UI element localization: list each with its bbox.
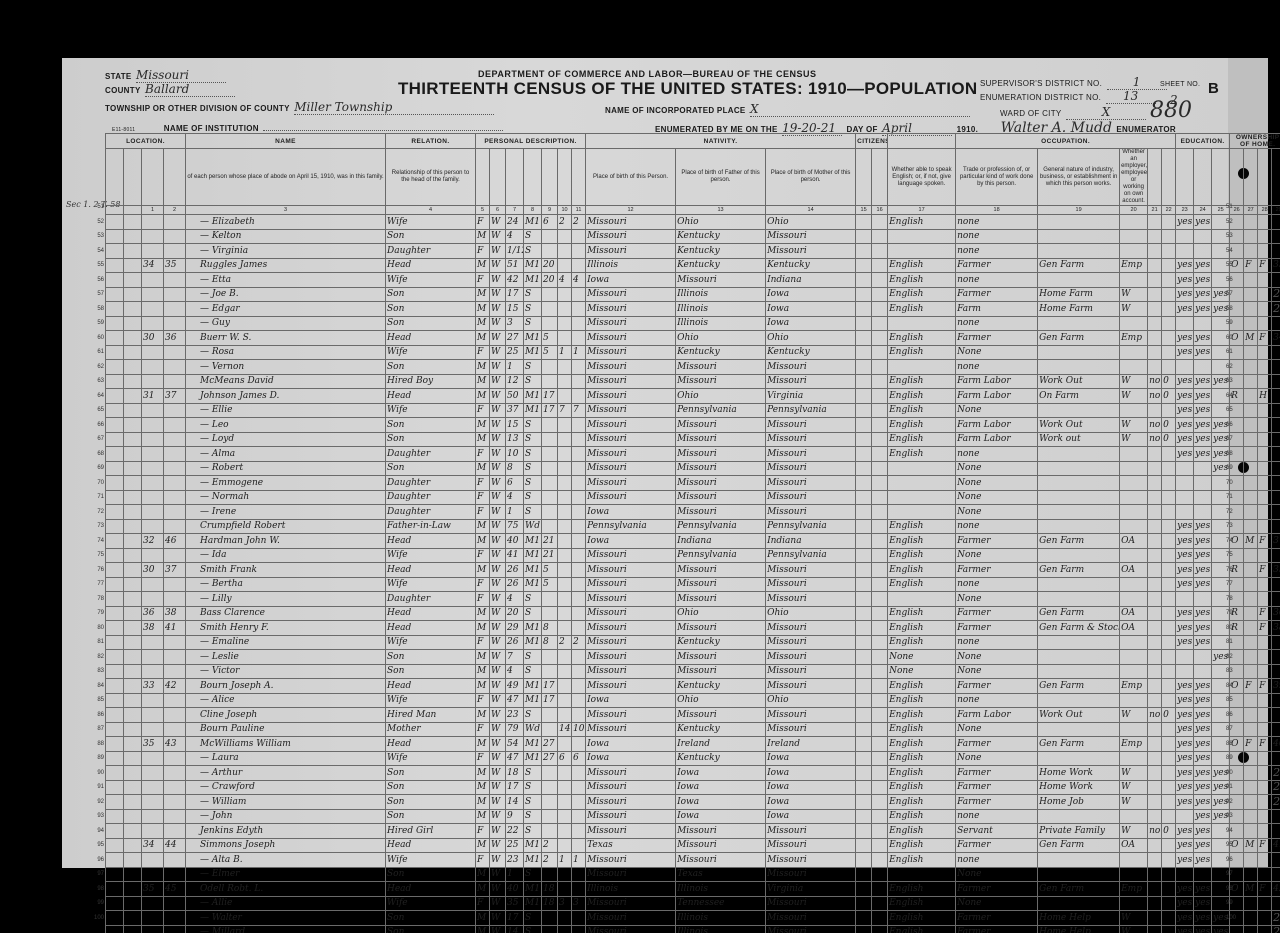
cell-house2 xyxy=(1258,215,1272,230)
cell-farm: 36 xyxy=(1272,606,1280,621)
cell-write xyxy=(1194,505,1212,520)
cell-bm: Missouri xyxy=(766,621,856,636)
cell-street xyxy=(106,331,124,346)
cell-sex: M xyxy=(476,563,490,578)
cell-house xyxy=(124,302,142,317)
cell-street xyxy=(106,273,124,288)
cell-imm xyxy=(856,360,872,375)
cell-write: yes xyxy=(1194,534,1212,549)
cell-fam xyxy=(164,751,186,766)
cell-rel: Wife xyxy=(386,403,476,418)
cell-fm xyxy=(1244,650,1258,665)
cell-bf: Missouri xyxy=(676,447,766,462)
cell-rel: Hired Girl xyxy=(386,824,476,839)
cell-bp: Missouri xyxy=(586,621,676,636)
group-name: NAME xyxy=(186,134,386,149)
cell-lang xyxy=(888,244,956,259)
census-row: — VictorSonMW4SMissouriMissouriMissouriN… xyxy=(106,664,1280,679)
cell-fm xyxy=(1244,432,1258,447)
cell-bm: Iowa xyxy=(766,766,856,781)
cell-name: — Alma xyxy=(186,447,386,462)
cell-lang: None xyxy=(888,650,956,665)
cell-ind: Work out xyxy=(1038,432,1120,447)
cell-name: — Guy xyxy=(186,316,386,331)
cell-emp: OA xyxy=(1120,563,1148,578)
cell-yrs: 18 xyxy=(542,896,558,911)
cell-sex: F xyxy=(476,751,490,766)
cell-sex: M xyxy=(476,432,490,447)
cell-house2 xyxy=(1258,403,1272,418)
cell-lang: English xyxy=(888,809,956,824)
cell-wks xyxy=(1162,867,1176,882)
cell-bm: Missouri xyxy=(766,476,856,491)
cell-yrs: 2 xyxy=(542,838,558,853)
line-number-right: 87 xyxy=(1226,726,1240,732)
cell-nat xyxy=(872,432,888,447)
cell-ms: S xyxy=(524,418,542,433)
line-number: 91 xyxy=(88,784,104,790)
cell-house xyxy=(124,882,142,897)
cell-read: yes xyxy=(1176,345,1194,360)
cell-yrs xyxy=(542,795,558,810)
cell-imm xyxy=(856,244,872,259)
cell-house xyxy=(124,215,142,230)
cell-house xyxy=(124,708,142,723)
cell-name: Buerr W. S. xyxy=(186,331,386,346)
cell-read: yes xyxy=(1176,577,1194,592)
cell-born xyxy=(558,331,572,346)
cell-rel: Son xyxy=(386,925,476,933)
cell-fm xyxy=(1244,853,1258,868)
cell-ms: S xyxy=(524,592,542,607)
cell-living xyxy=(572,882,586,897)
cell-dw xyxy=(142,708,164,723)
cell-bf: Missouri xyxy=(676,824,766,839)
line-number: 73 xyxy=(88,523,104,529)
cell-rel: Head xyxy=(386,331,476,346)
cell-living xyxy=(572,505,586,520)
cell-farm: 39 xyxy=(1272,679,1280,694)
cell-bm: Missouri xyxy=(766,432,856,447)
cell-race: W xyxy=(490,853,506,868)
cell-oow xyxy=(1148,345,1162,360)
cell-house xyxy=(124,577,142,592)
cell-imm xyxy=(856,664,872,679)
cell-born: 7 xyxy=(558,403,572,418)
cell-bf: Missouri xyxy=(676,708,766,723)
cell-fam xyxy=(164,418,186,433)
cell-ind xyxy=(1038,809,1120,824)
cell-imm xyxy=(856,563,872,578)
cell-house2 xyxy=(1258,824,1272,839)
cell-wks: 0 xyxy=(1162,374,1176,389)
census-row: 3543McWilliams WilliamHeadMW54M127IowaIr… xyxy=(106,737,1280,752)
cell-wks xyxy=(1162,360,1176,375)
cell-house xyxy=(124,432,142,447)
group-occupation: OCCUPATION. xyxy=(956,134,1176,149)
cell-wks xyxy=(1162,679,1176,694)
cell-house2 xyxy=(1258,751,1272,766)
cell-imm xyxy=(856,258,872,273)
line-number-right: 83 xyxy=(1226,668,1240,674)
cell-write xyxy=(1194,664,1212,679)
cell-living xyxy=(572,519,586,534)
census-row: — WalterSonMW17SMissouriIllinoisMissouri… xyxy=(106,911,1280,926)
cell-nat xyxy=(872,548,888,563)
cell-yrs: 27 xyxy=(542,737,558,752)
cell-ind xyxy=(1038,447,1120,462)
cell-ind: Home Help xyxy=(1038,911,1120,926)
cell-living xyxy=(572,577,586,592)
cell-fam xyxy=(164,316,186,331)
cell-bm: Kentucky xyxy=(766,345,856,360)
cell-rel: Son xyxy=(386,795,476,810)
cell-nat xyxy=(872,476,888,491)
cell-write: yes xyxy=(1194,853,1212,868)
cell-fm xyxy=(1244,374,1258,389)
cell-trade: None xyxy=(956,867,1038,882)
cell-oow xyxy=(1148,461,1162,476)
cell-name: — John xyxy=(186,809,386,824)
cell-street xyxy=(106,215,124,230)
cell-read: yes xyxy=(1176,824,1194,839)
cell-rel: Daughter xyxy=(386,476,476,491)
cell-age: 4 xyxy=(506,229,524,244)
column-number: 19 xyxy=(1038,206,1120,215)
cell-born xyxy=(558,548,572,563)
cell-read: yes xyxy=(1176,766,1194,781)
cell-house2 xyxy=(1258,302,1272,317)
cell-dw xyxy=(142,403,164,418)
cell-wks xyxy=(1162,722,1176,737)
cell-ms: M1 xyxy=(524,273,542,288)
cell-fam xyxy=(164,693,186,708)
cell-bm: Missouri xyxy=(766,229,856,244)
cell-name: — Arthur xyxy=(186,766,386,781)
cell-age: 26 xyxy=(506,577,524,592)
cell-name: Bass Clarence xyxy=(186,606,386,621)
column-number: 20 xyxy=(1120,206,1148,215)
census-row: — VirginiaDaughterFW1/12SMissouriKentuck… xyxy=(106,244,1280,259)
cell-farm: 33 xyxy=(1272,258,1280,273)
cell-fam xyxy=(164,911,186,926)
cell-name: Jenkins Edyth xyxy=(186,824,386,839)
cell-read: yes xyxy=(1176,519,1194,534)
cell-sex: M xyxy=(476,331,490,346)
cell-living xyxy=(572,911,586,926)
cell-bp: Texas xyxy=(586,838,676,853)
line-number-right: 78 xyxy=(1226,596,1240,602)
cell-bp: Missouri xyxy=(586,244,676,259)
census-row: — IdaWifeFW41M121MissouriPennsylvaniaPen… xyxy=(106,548,1280,563)
cell-farm: 2200 xyxy=(1272,925,1280,933)
cell-house2 xyxy=(1258,911,1272,926)
cell-farm: 2200 xyxy=(1272,780,1280,795)
cell-rel: Son xyxy=(386,664,476,679)
cell-trade: none xyxy=(956,244,1038,259)
cell-imm xyxy=(856,737,872,752)
cell-wks xyxy=(1162,853,1176,868)
cell-yrs xyxy=(542,432,558,447)
cell-age: 75 xyxy=(506,519,524,534)
cell-bf: Missouri xyxy=(676,360,766,375)
cell-wks: 0 xyxy=(1162,824,1176,839)
cell-street xyxy=(106,911,124,926)
cell-imm xyxy=(856,215,872,230)
cell-emp xyxy=(1120,490,1148,505)
cell-fam xyxy=(164,766,186,781)
cell-street xyxy=(106,606,124,621)
cell-read xyxy=(1176,867,1194,882)
cell-farm: 2200 xyxy=(1272,911,1280,926)
cell-trade: none xyxy=(956,577,1038,592)
cell-ind xyxy=(1038,664,1120,679)
cell-read: yes xyxy=(1176,548,1194,563)
cell-emp: OA xyxy=(1120,838,1148,853)
cell-nat xyxy=(872,403,888,418)
cell-yrs: 17 xyxy=(542,693,558,708)
cell-dw xyxy=(142,215,164,230)
cell-living: 3 xyxy=(572,896,586,911)
cell-race: W xyxy=(490,650,506,665)
cell-house2 xyxy=(1258,548,1272,563)
cell-bm: Iowa xyxy=(766,795,856,810)
cell-age: 4 xyxy=(506,490,524,505)
cell-sex: F xyxy=(476,592,490,607)
cell-lang: English xyxy=(888,838,956,853)
cell-bp: Missouri xyxy=(586,679,676,694)
cell-fm: M xyxy=(1244,331,1258,346)
cell-fam xyxy=(164,635,186,650)
cell-yrs xyxy=(542,360,558,375)
cell-dw xyxy=(142,766,164,781)
line-number: 70 xyxy=(88,480,104,486)
cell-sex: M xyxy=(476,360,490,375)
cell-write: yes xyxy=(1194,708,1212,723)
cell-age: 49 xyxy=(506,679,524,694)
cell-read: yes xyxy=(1176,635,1194,650)
cell-name: Bourn Joseph A. xyxy=(186,679,386,694)
cell-bm: Missouri xyxy=(766,490,856,505)
cell-wks xyxy=(1162,490,1176,505)
cell-wks: 0 xyxy=(1162,389,1176,404)
cell-house2 xyxy=(1258,432,1272,447)
cell-bf: Missouri xyxy=(676,838,766,853)
cell-bp: Iowa xyxy=(586,273,676,288)
cell-ms: S xyxy=(524,505,542,520)
cell-fam xyxy=(164,809,186,824)
cell-oow xyxy=(1148,548,1162,563)
cell-street xyxy=(106,418,124,433)
cell-farm xyxy=(1272,244,1280,259)
cell-bm: Iowa xyxy=(766,780,856,795)
cell-born xyxy=(558,302,572,317)
line-number-right: 55 xyxy=(1226,262,1240,268)
cell-lang: English xyxy=(888,882,956,897)
cell-street xyxy=(106,780,124,795)
cell-imm xyxy=(856,229,872,244)
cell-yrs: 5 xyxy=(542,577,558,592)
cell-emp: W xyxy=(1120,287,1148,302)
cell-imm xyxy=(856,548,872,563)
cell-bm: Kentucky xyxy=(766,258,856,273)
line-number: 77 xyxy=(88,581,104,587)
cell-rel: Son xyxy=(386,316,476,331)
cell-trade: None xyxy=(956,722,1038,737)
cell-living xyxy=(572,490,586,505)
cell-age: 23 xyxy=(506,853,524,868)
cell-dw xyxy=(142,911,164,926)
cell-street xyxy=(106,360,124,375)
cell-dw xyxy=(142,751,164,766)
line-number-right: 75 xyxy=(1226,552,1240,558)
cell-living xyxy=(572,824,586,839)
cell-race: W xyxy=(490,664,506,679)
cell-fam xyxy=(164,577,186,592)
cell-name: — Etta xyxy=(186,273,386,288)
cell-rel: Wife xyxy=(386,548,476,563)
cell-sex: M xyxy=(476,679,490,694)
cell-lang: None xyxy=(888,664,956,679)
cell-bp: Missouri xyxy=(586,316,676,331)
column-number: 18 xyxy=(956,206,1038,215)
cell-fm xyxy=(1244,592,1258,607)
cell-yrs: 27 xyxy=(542,751,558,766)
cell-rel: Wife xyxy=(386,853,476,868)
cell-yrs xyxy=(542,606,558,621)
cell-bm: Missouri xyxy=(766,679,856,694)
cell-sex: F xyxy=(476,722,490,737)
cell-street xyxy=(106,389,124,404)
cell-sex: M xyxy=(476,418,490,433)
cell-bp: Missouri xyxy=(586,345,676,360)
cell-name: Hardman John W. xyxy=(186,534,386,549)
cell-trade: Servant xyxy=(956,824,1038,839)
cell-rel: Daughter xyxy=(386,447,476,462)
cell-trade: Farmer xyxy=(956,838,1038,853)
cell-born xyxy=(558,287,572,302)
cell-read: yes xyxy=(1176,896,1194,911)
cell-ind xyxy=(1038,635,1120,650)
cell-house2 xyxy=(1258,461,1272,476)
cell-imm xyxy=(856,693,872,708)
cell-write: yes xyxy=(1194,287,1212,302)
cell-ms: M1 xyxy=(524,751,542,766)
cell-write: yes xyxy=(1194,766,1212,781)
line-number: 55 xyxy=(88,262,104,268)
cell-race: W xyxy=(490,563,506,578)
line-number: 83 xyxy=(88,668,104,674)
cell-wks xyxy=(1162,273,1176,288)
cell-wks xyxy=(1162,911,1176,926)
birthplace-mother-header: Place of birth of Mother of this person. xyxy=(766,149,856,206)
cell-living xyxy=(572,809,586,824)
cell-dw xyxy=(142,519,164,534)
cell-bm: Missouri xyxy=(766,650,856,665)
cell-lang: English xyxy=(888,258,956,273)
cell-ind: Gen Farm xyxy=(1038,331,1120,346)
cell-born xyxy=(558,490,572,505)
cell-bp: Missouri xyxy=(586,824,676,839)
cell-fam xyxy=(164,374,186,389)
cell-ms: M1 xyxy=(524,548,542,563)
cell-trade: None xyxy=(956,461,1038,476)
cell-race: W xyxy=(490,722,506,737)
cell-write: yes xyxy=(1194,403,1212,418)
cell-rel: Wife xyxy=(386,751,476,766)
cell-name: — Leo xyxy=(186,418,386,433)
cell-yrs: 21 xyxy=(542,534,558,549)
cell-street xyxy=(106,577,124,592)
cell-race: W xyxy=(490,621,506,636)
cell-ind xyxy=(1038,505,1120,520)
cell-age: 22 xyxy=(506,824,524,839)
cell-farm xyxy=(1272,708,1280,723)
cell-ind xyxy=(1038,650,1120,665)
cell-farm xyxy=(1272,345,1280,360)
cell-yrs xyxy=(542,766,558,781)
cell-dw xyxy=(142,302,164,317)
cell-fam xyxy=(164,708,186,723)
cell-rel: Head xyxy=(386,621,476,636)
cell-fam xyxy=(164,896,186,911)
cell-ms: S xyxy=(524,766,542,781)
cell-trade: Farm Labor xyxy=(956,389,1038,404)
line-number: 79 xyxy=(88,610,104,616)
cell-born xyxy=(558,737,572,752)
cell-house xyxy=(124,766,142,781)
cell-bm: Iowa xyxy=(766,751,856,766)
cell-write: yes xyxy=(1194,809,1212,824)
cell-name: — Vernon xyxy=(186,360,386,375)
cell-ind xyxy=(1038,215,1120,230)
cell-age: 40 xyxy=(506,534,524,549)
sheet-side: B xyxy=(1208,80,1219,97)
cell-sex: M xyxy=(476,606,490,621)
cell-bm: Ohio xyxy=(766,693,856,708)
cell-born xyxy=(558,693,572,708)
cell-ms: M1 xyxy=(524,693,542,708)
cell-ind: Gen Farm xyxy=(1038,258,1120,273)
cell-rel: Wife xyxy=(386,577,476,592)
cell-read: yes xyxy=(1176,795,1194,810)
cell-house2 xyxy=(1258,476,1272,491)
cell-emp xyxy=(1120,577,1148,592)
cell-oow xyxy=(1148,853,1162,868)
line-number: 94 xyxy=(88,828,104,834)
cell-oow xyxy=(1148,273,1162,288)
census-row: — EllieWifeFW37M11777MissouriPennsylvani… xyxy=(106,403,1280,418)
cell-ms: M1 xyxy=(524,838,542,853)
cell-rel: Head xyxy=(386,534,476,549)
cell-dw: 35 xyxy=(142,737,164,752)
cell-street xyxy=(106,316,124,331)
cell-born xyxy=(558,389,572,404)
cell-lang: English xyxy=(888,708,956,723)
cell-wks xyxy=(1162,331,1176,346)
cell-dw xyxy=(142,432,164,447)
cell-yrs xyxy=(542,302,558,317)
cell-bf: Kentucky xyxy=(676,751,766,766)
cell-living xyxy=(572,664,586,679)
cell-rel: Wife xyxy=(386,635,476,650)
cell-street xyxy=(106,519,124,534)
cell-age: 8 xyxy=(506,461,524,476)
cell-rel: Wife xyxy=(386,896,476,911)
cell-rel: Son xyxy=(386,302,476,317)
cell-imm xyxy=(856,403,872,418)
cell-house2 xyxy=(1258,766,1272,781)
